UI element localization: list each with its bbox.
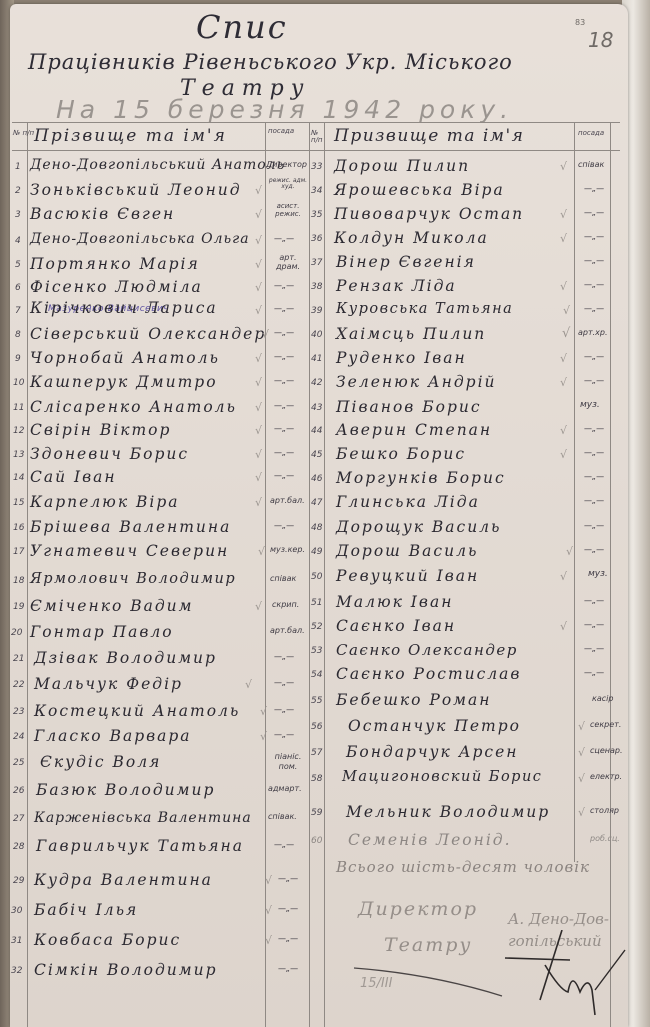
check-icon: √ <box>560 208 567 221</box>
check-icon: √ <box>255 448 262 461</box>
row-position: —„— <box>274 840 294 849</box>
row-position: —„— <box>278 934 298 943</box>
row-name: Гласко Варвара <box>34 727 192 745</box>
row-name: Дорош Василь <box>336 542 478 560</box>
row-position: співак <box>270 574 296 583</box>
row-name: Ковбаса Борис <box>34 931 181 949</box>
check-icon: √ <box>563 304 570 317</box>
row-position: —„— <box>584 256 604 265</box>
row-number: 26 <box>13 786 24 796</box>
row-name: Піванов Борис <box>336 398 482 416</box>
row-position: —„— <box>274 352 294 361</box>
row-name: Сіверський Олександер <box>30 325 266 343</box>
row-name: Ревуцкий Іван <box>336 567 479 585</box>
row-name: Дорош Пилип <box>334 157 470 175</box>
check-icon: √ <box>560 570 567 583</box>
row-number: 23 <box>13 707 24 717</box>
row-name: Куровська Татьяна <box>336 301 513 317</box>
row-number: 40 <box>311 330 322 340</box>
row-number: 17 <box>13 547 24 557</box>
row-name: Дено-Довгопільський Анатоль <box>30 157 285 173</box>
row-number: 49 <box>311 547 322 557</box>
check-icon: √ <box>265 934 272 947</box>
row-number: 30 <box>11 906 22 916</box>
row-number: 11 <box>13 403 24 413</box>
row-number: 47 <box>311 498 322 508</box>
row-number: 9 <box>15 354 21 364</box>
check-icon: √ <box>578 806 585 819</box>
row-name: Хаімсць Пилип <box>336 325 486 343</box>
row-number: 53 <box>311 646 322 656</box>
row-position: —„— <box>584 376 604 385</box>
row-name: Васюків Євген <box>30 205 175 223</box>
row-number: 5 <box>15 260 21 270</box>
row-number: 60 <box>311 836 322 846</box>
row-name: Зоньківський Леонид <box>30 181 242 199</box>
row-position: сценар. <box>590 746 623 755</box>
check-icon: √ <box>255 258 262 271</box>
row-position: —„— <box>584 596 604 605</box>
header-name-right: Призвище та ім'я <box>334 126 524 146</box>
check-icon: √ <box>265 874 272 887</box>
row-number: 55 <box>311 696 322 706</box>
check-icon: √ <box>258 545 265 558</box>
row-number: 31 <box>11 936 22 946</box>
row-position: асист. режис. <box>268 202 308 218</box>
document-title: Спис <box>196 8 288 46</box>
row-number: 8 <box>15 330 21 340</box>
row-number: 39 <box>311 306 322 316</box>
row-name: Кудра Валентина <box>34 871 213 889</box>
row-position: скрип. <box>272 600 299 609</box>
row-position: —„— <box>584 521 604 530</box>
row-number: 7 <box>15 306 21 316</box>
check-icon: √ <box>260 730 267 743</box>
check-icon: √ <box>562 326 570 341</box>
row-number: 56 <box>311 722 322 732</box>
check-icon: √ <box>255 471 262 484</box>
header-num-right: № п/п <box>311 130 323 144</box>
row-position: —„— <box>278 904 298 913</box>
page-number-mark: 83 <box>575 18 585 27</box>
check-icon: √ <box>260 705 267 718</box>
row-name: Вінер Євгенія <box>336 253 476 271</box>
header-num: № п/п <box>13 130 34 137</box>
director-label: Директор <box>358 898 478 920</box>
row-name: Сімкін Володимир <box>34 961 218 979</box>
row-name: Свірін Віктор <box>30 421 171 439</box>
row-position: —„— <box>584 644 604 653</box>
row-name: Костецкий Анатоль <box>34 702 240 720</box>
row-position: —„— <box>274 652 294 661</box>
row-number: 43 <box>311 403 322 413</box>
check-icon: √ <box>566 545 573 558</box>
check-icon: √ <box>560 424 567 437</box>
row-position: —„— <box>584 545 604 554</box>
header-name: Прізвище та ім'я <box>34 126 227 146</box>
row-name: Базюк Володимир <box>36 781 215 799</box>
row-number: 21 <box>13 654 24 664</box>
row-number: 46 <box>311 474 322 484</box>
check-icon: √ <box>255 208 262 221</box>
row-number: 10 <box>13 378 24 388</box>
row-position: —„— <box>584 472 604 481</box>
check-icon: √ <box>245 678 252 691</box>
row-number: 34 <box>311 186 322 196</box>
row-position: —„— <box>584 184 604 193</box>
row-position: арт. драм. <box>270 253 306 271</box>
check-icon: √ <box>255 401 262 414</box>
row-name: Дорощук Василь <box>336 518 501 536</box>
row-position: —„— <box>584 620 604 629</box>
row-position: —„— <box>584 352 604 361</box>
row-position: столяр <box>590 806 619 815</box>
row-number: 58 <box>311 774 322 784</box>
row-name: Кашперук Дмитро <box>30 373 218 391</box>
row-name: Останчук Петро <box>348 717 521 735</box>
row-name: Саєнко Ростислав <box>336 665 521 683</box>
row-position: режис. адм. худ. <box>268 178 308 190</box>
row-name: Здоневич Борис <box>30 445 189 463</box>
row-number: 15 <box>13 498 24 508</box>
row-position: арт.бал. <box>270 626 305 635</box>
row-name: Пивоварчук Остап <box>334 205 524 223</box>
header-position-right: посада <box>578 130 604 137</box>
row-number: 28 <box>13 842 24 852</box>
row-name: Чорнобай Анатоль <box>30 349 220 367</box>
row-number: 59 <box>311 808 322 818</box>
row-number: 48 <box>311 523 322 533</box>
check-icon: √ <box>255 281 262 294</box>
row-number: 35 <box>311 210 322 220</box>
row-number: 3 <box>15 210 21 220</box>
row-position: —„— <box>274 234 294 243</box>
row-number: 24 <box>13 732 24 742</box>
row-name: Рензак Ліда <box>336 277 457 295</box>
row-number: 44 <box>311 426 322 436</box>
page-number: 18 <box>588 28 613 52</box>
row-number: 4 <box>15 236 21 246</box>
row-number: 50 <box>311 572 322 582</box>
row-number: 1 <box>15 162 21 172</box>
row-number: 52 <box>311 622 322 632</box>
row-number: 25 <box>13 758 24 768</box>
row-position: співак <box>578 160 604 169</box>
row-name: Семенів Леонід. <box>348 831 512 849</box>
row-name: Глинська Ліда <box>336 493 480 511</box>
check-icon: √ <box>560 620 567 633</box>
row-number: 37 <box>311 258 322 268</box>
row-position: муз. <box>580 400 600 410</box>
row-name: Мацигоновский Борис <box>342 769 542 785</box>
row-position: муз.кер. <box>270 545 305 554</box>
check-icon: √ <box>560 232 567 245</box>
row-position: роб.сц. <box>590 834 620 843</box>
row-number: 45 <box>311 450 322 460</box>
row-name: Саєнко Іван <box>336 617 456 635</box>
row-position: —„— <box>274 448 294 457</box>
row-name: Брішева Валентина <box>30 518 231 536</box>
row-number: 20 <box>11 628 22 638</box>
row-position: арт.хр. <box>578 328 608 337</box>
row-number: 29 <box>13 876 24 886</box>
row-position: —„— <box>274 328 294 337</box>
row-name: Руденко Іван <box>336 349 467 367</box>
check-icon: √ <box>255 496 262 509</box>
check-icon: √ <box>560 352 567 365</box>
row-position: —„— <box>278 964 298 973</box>
check-icon: √ <box>255 352 262 365</box>
check-icon: √ <box>255 304 262 317</box>
row-position: —„— <box>584 424 604 433</box>
check-icon: √ <box>255 234 262 247</box>
row-name: Ярмолович Володимир <box>30 571 236 587</box>
check-icon: √ <box>560 448 567 461</box>
row-position: —„— <box>274 471 294 480</box>
row-position: Директор <box>266 160 307 169</box>
row-name: Колдун Микола <box>334 229 489 247</box>
row-name: Гонтар Павло <box>30 623 174 641</box>
row-position: —„— <box>274 730 294 739</box>
row-name: Бондарчук Арсен <box>346 743 518 761</box>
row-number: 57 <box>311 748 322 758</box>
row-position: співак. <box>268 812 297 821</box>
theatre-label: Театру <box>384 934 472 956</box>
row-name: Кірічкович Лариса <box>30 299 218 317</box>
row-position: —„— <box>274 705 294 714</box>
row-position: —„— <box>274 678 294 687</box>
row-position: —„— <box>584 232 604 241</box>
row-number: 41 <box>311 354 322 364</box>
row-name: Аверин Степан <box>336 421 492 439</box>
row-position: —„— <box>274 521 294 530</box>
row-name: Слісаренко Анатоль <box>30 398 237 416</box>
check-icon: √ <box>560 376 567 389</box>
check-icon: √ <box>262 328 269 341</box>
row-name: Сай Іван <box>30 468 117 486</box>
row-name: Саєнко Олександер <box>336 641 518 659</box>
row-number: 14 <box>13 473 24 483</box>
row-number: 18 <box>13 576 24 586</box>
row-number: 36 <box>311 234 322 244</box>
row-number: 12 <box>13 426 24 436</box>
row-position: —„— <box>274 376 294 385</box>
row-number: 22 <box>13 680 24 690</box>
document-date-line: На 15 березня 1942 року. <box>56 95 513 124</box>
row-name: Бабіч Ілья <box>34 901 138 919</box>
check-icon: √ <box>265 904 272 917</box>
row-position: —„— <box>584 448 604 457</box>
row-name: Моргунків Борис <box>336 469 506 487</box>
row-position: —„— <box>584 280 604 289</box>
row-name: Єміченко Вадим <box>30 597 194 615</box>
row-number: 33 <box>311 162 322 172</box>
row-position: арт.бал. <box>270 496 305 505</box>
row-name: Мальчук Федір <box>34 675 183 693</box>
row-position: —„— <box>584 304 604 313</box>
row-name: Портянко Марія <box>30 255 200 273</box>
check-icon: √ <box>255 376 262 389</box>
row-name: Дено-Довгопільська Ольга <box>30 231 250 247</box>
check-icon: √ <box>578 746 585 759</box>
row-number: 27 <box>13 814 24 824</box>
check-icon: √ <box>255 184 262 197</box>
row-name: Гаврильчук Татьяна <box>36 837 244 855</box>
check-icon: √ <box>255 424 262 437</box>
header-position: посада <box>268 128 294 135</box>
document-subtitle: Працівників Рівеньського Укр. Міського <box>28 50 513 74</box>
row-position: електр. <box>590 772 622 781</box>
row-position: —„— <box>274 424 294 433</box>
row-position: —„— <box>278 874 298 883</box>
row-number: 54 <box>311 670 322 680</box>
row-number: 13 <box>13 450 24 460</box>
row-name: Бешко Борис <box>336 445 466 463</box>
row-number: 2 <box>15 186 21 196</box>
row-name: Карженівська Валентина <box>34 810 252 826</box>
row-name: Дзівак Володимир <box>34 649 217 667</box>
row-name: Угнатевич Северин <box>30 542 229 560</box>
row-position: адмарт. <box>268 784 302 793</box>
row-position: —„— <box>584 496 604 505</box>
row-number: 32 <box>11 966 22 976</box>
row-position: касір <box>592 694 613 703</box>
total-count-note: Всього шість-десят чоловік <box>336 858 590 876</box>
row-name: Зеленюк Андрій <box>336 373 497 391</box>
row-number: 42 <box>311 378 322 388</box>
row-number: 16 <box>13 523 24 533</box>
underline-stroke-icon <box>352 960 512 1000</box>
row-name: Мельник Володимир <box>346 803 550 821</box>
check-icon: √ <box>578 720 585 733</box>
row-name: Карпелюк Віра <box>30 493 180 511</box>
row-number: 19 <box>13 602 24 612</box>
row-position: —„— <box>584 208 604 217</box>
row-position: —„— <box>584 668 604 677</box>
signature-icon <box>500 930 630 1020</box>
row-position: —„— <box>274 304 294 313</box>
row-name: Єкудіс Воля <box>40 753 161 771</box>
row-position: —„— <box>274 281 294 290</box>
row-name: Фісенко Людміла <box>30 278 203 296</box>
row-name: Бебешко Роман <box>336 691 491 709</box>
row-position: —„— <box>274 401 294 410</box>
row-name: Малюк Іван <box>336 593 453 611</box>
row-number: 38 <box>311 282 322 292</box>
row-position: піаніс. пом. <box>270 752 306 772</box>
check-icon: √ <box>560 280 567 293</box>
row-position: муз. <box>588 569 608 579</box>
row-position: секрет. <box>590 720 621 729</box>
row-number: 51 <box>311 598 322 608</box>
check-icon: √ <box>578 772 585 785</box>
row-number: 6 <box>15 283 21 293</box>
check-icon: √ <box>560 160 567 173</box>
row-name: Ярошевська Віра <box>334 181 505 199</box>
check-icon: √ <box>255 600 262 613</box>
